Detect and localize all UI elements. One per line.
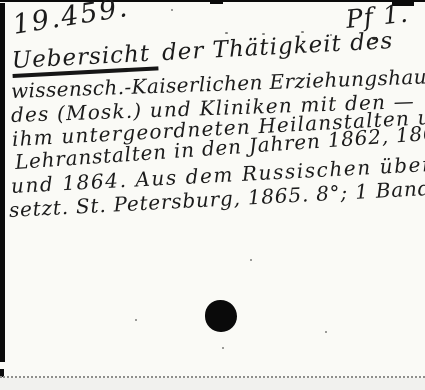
hole-punch-dot: [205, 300, 237, 332]
title-word-underlined: Uebersicht: [11, 42, 159, 78]
scan-speck: [225, 32, 228, 34]
scan-speck: [250, 259, 252, 261]
scan-top-notch: [210, 0, 223, 4]
ink-flourish-mark: [372, 37, 377, 40]
scan-speck: [171, 9, 173, 11]
catalog-card-scan: 19.459. Pf 1. Uebersichtder Thätigkeit d…: [0, 0, 425, 390]
scan-background-strip: [0, 378, 425, 390]
scan-speck: [325, 331, 327, 333]
entry-line-1-rest: der Thätigkeit des: [161, 28, 393, 66]
scan-speck: [222, 347, 224, 349]
scan-speck: [135, 319, 137, 321]
scan-speck: [330, 34, 332, 36]
scan-speck: [301, 31, 304, 33]
shelfmark: Pf 1.: [345, 0, 410, 31]
accession-number: 19.459.: [11, 0, 131, 39]
scan-speck: [262, 33, 265, 35]
scan-left-edge: [0, 3, 5, 362]
